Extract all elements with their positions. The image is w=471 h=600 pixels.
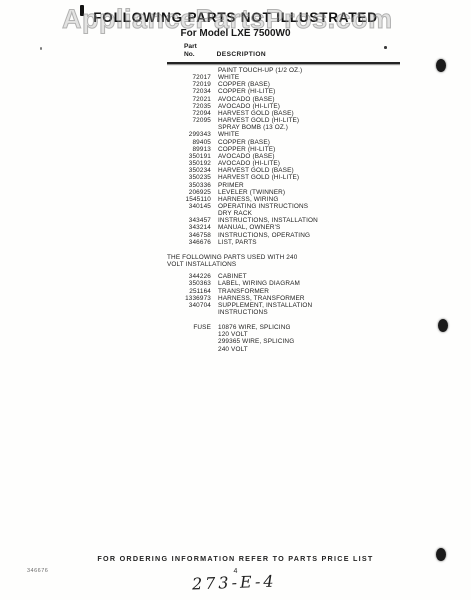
parts-row: 89405COPPER (BASE) [167, 139, 397, 146]
table-header: Part No. DESCRIPTION [167, 43, 400, 64]
handwritten-note: 273-E-4 [192, 572, 277, 594]
part-description: AVOCADO (HI-LITE) [218, 160, 280, 167]
part-number: 340704 [167, 302, 211, 309]
part-number: 350336 [167, 182, 211, 189]
part-number: 343457 [167, 217, 211, 224]
part-description: OPERATING INSTRUCTIONS [218, 203, 308, 210]
part-number: 350192 [167, 160, 211, 167]
part-description: HARVEST GOLD (HI-LITE) [218, 117, 299, 124]
part-description: MANUAL, OWNER'S [218, 224, 280, 231]
part-number: 251164 [167, 288, 211, 295]
part-number: 344226 [167, 273, 211, 280]
ordering-note: FOR ORDERING INFORMATION REFER TO PARTS … [0, 554, 471, 563]
parts-row: 350363LABEL, WIRING DIAGRAM [167, 280, 397, 287]
parts-row: 72095HARVEST GOLD (HI-LITE) [167, 117, 397, 124]
part-description: SPRAY BOMB (13 OZ.) [218, 124, 288, 131]
parts-row: 344226CABINET [167, 273, 397, 280]
part-description: 240 VOLT [218, 346, 248, 353]
part-description: LABEL, WIRING DIAGRAM [218, 280, 300, 287]
scan-hole-mark [436, 59, 446, 72]
part-number [167, 309, 211, 316]
parts-row: 350235HARVEST GOLD (HI-LITE) [167, 174, 397, 181]
column-header-description: DESCRIPTION [217, 51, 266, 59]
part-description: 10876 WIRE, SPLICING [218, 324, 291, 331]
page-title: FOLLOWING PARTS NOT ILLUSTRATED [0, 10, 471, 25]
part-description: INSTRUCTIONS, INSTALLATION [218, 217, 318, 224]
parts-row: 350191AVOCADO (BASE) [167, 153, 397, 160]
parts-section: THE FOLLOWING PARTS USED WITH 240VOLT IN… [167, 254, 397, 316]
parts-row: 120 VOLT [167, 331, 397, 338]
section-intro-line: THE FOLLOWING PARTS USED WITH 240 [167, 254, 397, 261]
parts-row: 299343WHITE [167, 131, 397, 138]
part-number [167, 210, 211, 217]
part-description: TRANSFORMER [218, 288, 269, 295]
section-intro-line: VOLT INSTALLATIONS [167, 261, 397, 268]
parts-row: 340704SUPPLEMENT, INSTALLATION [167, 302, 397, 309]
parts-row: 240 VOLT [167, 346, 397, 353]
part-description: SUPPLEMENT, INSTALLATION [218, 302, 312, 309]
part-number [167, 331, 211, 338]
part-number: 1545110 [167, 196, 211, 203]
part-description: HARVEST GOLD (HI-LITE) [218, 174, 299, 181]
scan-speck [384, 46, 387, 49]
parts-row: 72035AVOCADO (HI-LITE) [167, 103, 397, 110]
part-number: 346758 [167, 232, 211, 239]
part-description: COPPER (BASE) [218, 81, 270, 88]
part-description: COPPER (BASE) [218, 139, 270, 146]
parts-row: 343214MANUAL, OWNER'S [167, 224, 397, 231]
part-number: FUSE [167, 324, 211, 331]
parts-row: 346676LIST, PARTS [167, 239, 397, 246]
parts-row: 72019COPPER (BASE) [167, 81, 397, 88]
part-description: AVOCADO (BASE) [218, 153, 275, 160]
part-number: 350363 [167, 280, 211, 287]
part-description: HARVEST GOLD (BASE) [218, 110, 294, 117]
part-description: CABINET [218, 273, 247, 280]
part-number: 72017 [167, 74, 211, 81]
part-number [167, 338, 211, 345]
parts-row: 350192AVOCADO (HI-LITE) [167, 160, 397, 167]
part-description: WHITE [218, 74, 239, 81]
part-number: 72034 [167, 88, 211, 95]
part-description: 120 VOLT [218, 331, 248, 338]
parts-row: 340145OPERATING INSTRUCTIONS [167, 203, 397, 210]
scanned-parts-list-page: AppliancePartsPros.com FOLLOWING PARTS N… [0, 0, 471, 600]
scan-speck [40, 47, 42, 50]
part-number: 72019 [167, 81, 211, 88]
section-intro: THE FOLLOWING PARTS USED WITH 240VOLT IN… [167, 254, 397, 268]
header-rule [167, 62, 400, 64]
part-description: PRIMER [218, 182, 244, 189]
parts-list: PAINT TOUCH-UP (1/2 OZ.)72017WHITE72019C… [167, 67, 397, 353]
parts-row: 89913COPPER (HI-LITE) [167, 146, 397, 153]
parts-row: INSTRUCTIONS [167, 309, 397, 316]
parts-row: FUSE10876 WIRE, SPLICING [167, 324, 397, 331]
part-number: 299343 [167, 131, 211, 138]
part-number: 346676 [167, 239, 211, 246]
column-header-part: Part [167, 43, 400, 51]
part-description: COPPER (HI-LITE) [218, 88, 275, 95]
parts-row: 72094HARVEST GOLD (BASE) [167, 110, 397, 117]
parts-row: 206925LEVELER (TWINNER) [167, 189, 397, 196]
parts-row: 343457INSTRUCTIONS, INSTALLATION [167, 217, 397, 224]
part-description: AVOCADO (BASE) [218, 96, 275, 103]
part-description: COPPER (HI-LITE) [218, 146, 275, 153]
parts-row: 350234HARVEST GOLD (BASE) [167, 167, 397, 174]
part-number: 72035 [167, 103, 211, 110]
part-description: AVOCADO (HI-LITE) [218, 103, 280, 110]
part-number: 1336973 [167, 295, 211, 302]
part-description: WHITE [218, 131, 239, 138]
parts-row: 1545110HARNESS, WIRING [167, 196, 397, 203]
part-description: LIST, PARTS [218, 239, 257, 246]
part-description: INSTRUCTIONS [218, 309, 268, 316]
part-number: 340145 [167, 203, 211, 210]
part-number: 72095 [167, 117, 211, 124]
part-number: 72021 [167, 96, 211, 103]
part-number: 72094 [167, 110, 211, 117]
part-description: LEVELER (TWINNER) [218, 189, 285, 196]
part-number: 343214 [167, 224, 211, 231]
parts-row: 72017WHITE [167, 74, 397, 81]
parts-row: 251164TRANSFORMER [167, 288, 397, 295]
parts-row: 72034COPPER (HI-LITE) [167, 88, 397, 95]
part-number: 206925 [167, 189, 211, 196]
part-description: 299365 WIRE, SPLICING [218, 338, 294, 345]
part-number: 350235 [167, 174, 211, 181]
part-number: 89913 [167, 146, 211, 153]
parts-row: DRY RACK [167, 210, 397, 217]
scan-hole-mark [436, 548, 446, 561]
part-description: HARNESS, WIRING [218, 196, 278, 203]
parts-row: 1336973HARNESS, TRANSFORMER [167, 295, 397, 302]
parts-section: FUSE10876 WIRE, SPLICING120 VOLT299365 W… [167, 324, 397, 353]
part-description: HARVEST GOLD (BASE) [218, 167, 294, 174]
part-number: 350234 [167, 167, 211, 174]
part-number [167, 346, 211, 353]
part-description: PAINT TOUCH-UP (1/2 OZ.) [218, 67, 302, 74]
part-number [167, 67, 211, 74]
model-subtitle: For Model LXE 7500W0 [0, 28, 471, 39]
parts-row: 72021AVOCADO (BASE) [167, 96, 397, 103]
part-description: INSTRUCTIONS, OPERATING [218, 232, 310, 239]
parts-section: PAINT TOUCH-UP (1/2 OZ.)72017WHITE72019C… [167, 67, 397, 246]
part-number: 89405 [167, 139, 211, 146]
part-description: HARNESS, TRANSFORMER [218, 295, 305, 302]
scan-hole-mark [438, 319, 448, 332]
column-header-no: No. [184, 51, 195, 59]
parts-row: SPRAY BOMB (13 OZ.) [167, 124, 397, 131]
parts-row: 350336PRIMER [167, 182, 397, 189]
parts-row: 299365 WIRE, SPLICING [167, 338, 397, 345]
part-description: DRY RACK [218, 210, 252, 217]
part-number [167, 124, 211, 131]
parts-row: 346758INSTRUCTIONS, OPERATING [167, 232, 397, 239]
parts-row: PAINT TOUCH-UP (1/2 OZ.) [167, 67, 397, 74]
part-number: 350191 [167, 153, 211, 160]
